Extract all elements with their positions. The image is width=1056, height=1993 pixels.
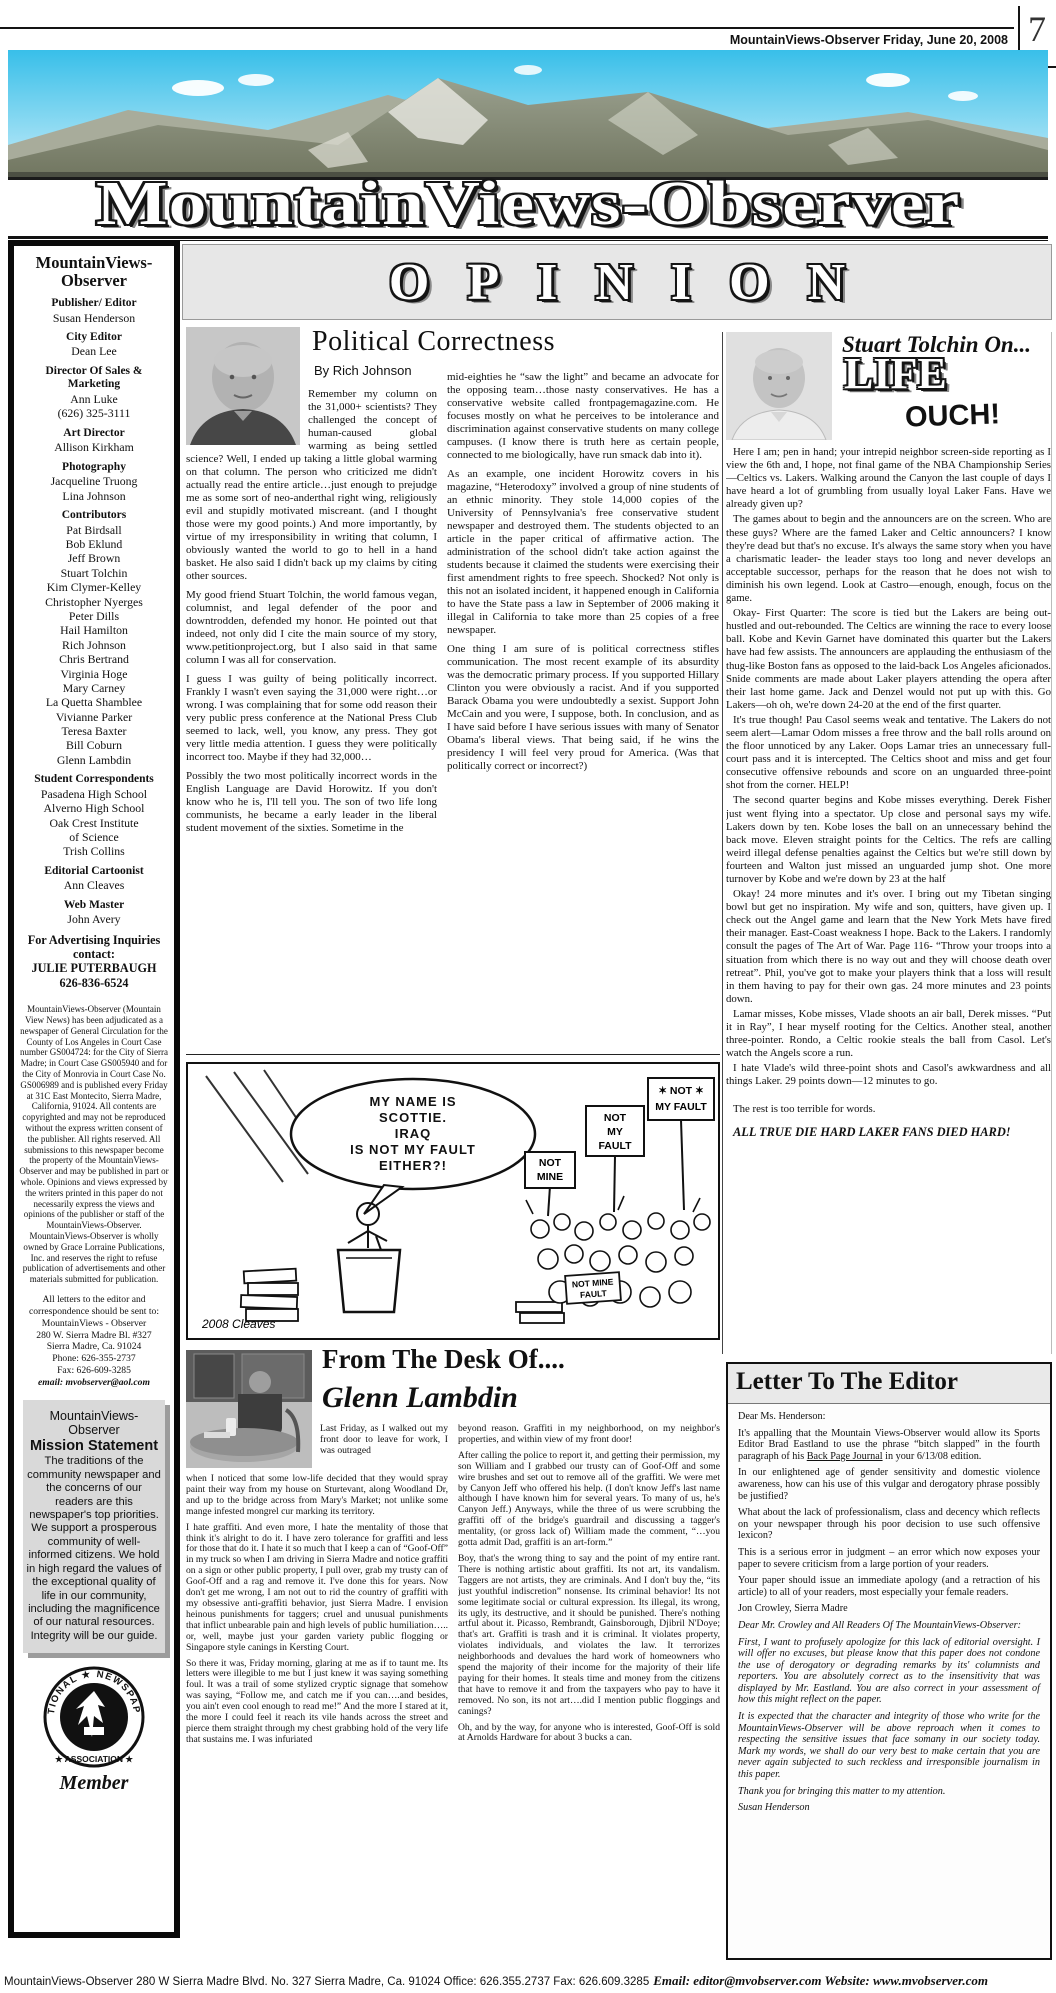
tolchin-closing-line: ALL TRUE DIE HARD LAKER FANS DIED HARD! (726, 1126, 1051, 1139)
tolchin-title-life: LIFE (844, 352, 947, 396)
mission-title: Mission Statement (26, 1438, 162, 1455)
nna-member-seal: NATIONAL ★ NEWSPAPER ★ ASSOCIATION ★ (19, 1665, 169, 1774)
letter-paragraph: This is a serious error in judgment – an… (738, 1547, 1040, 1570)
pc-paragraph: Possibly the two most politically incorr… (186, 770, 437, 835)
pc-article-column-1: Remember my column on the 31,000+ scient… (186, 388, 437, 1050)
cartoonist-signature: 2008 Cleaves (201, 1317, 275, 1331)
tolchin-paragraph: Lamar misses, Kobe misses, Vlade shoots … (726, 1008, 1051, 1060)
desk-paragraph: beyond reason. Graffiti in my neighborho… (458, 1424, 720, 1446)
masthead-panorama-image (8, 50, 1048, 180)
tolchin-paragraph: Here I am; pen in hand; your intrepid ne… (726, 446, 1051, 511)
tolchin-paragraph: The rest is too terrible for words. (726, 1103, 1051, 1116)
header-dateline: MountainViews-Observer Friday, June 20, … (730, 33, 1008, 47)
tolchin-title-ouch: OUCH! (904, 398, 1000, 434)
contact-email: email: mvobserver@aol.com (19, 1377, 169, 1389)
pc-article-column-2: mid-eighties he “saw the light” and beca… (447, 371, 719, 1049)
desk-paragraph: So there it was, Friday morning, glaring… (186, 1659, 448, 1746)
svg-text:NOT: NOT (604, 1112, 627, 1124)
editorial-cartoon: MY NAME IS SCOTTIE. IRAQ IS NOT MY FAULT… (186, 1062, 720, 1340)
role-student-correspondents: Student Correspondents Pasadena High Sch… (19, 773, 169, 859)
opinion-title: OPINION (351, 253, 883, 312)
pc-paragraph: One thing I am sure of is political corr… (447, 643, 719, 773)
tolchin-paragraph: Okay- First Quarter: The score is tied b… (726, 607, 1051, 712)
footer-contact: Email: editor@mvobserver.com Website: ww… (653, 1973, 988, 1988)
editor-reply: Dear Mr. Crowley and All Readers Of The … (738, 1620, 1040, 1814)
desk-article-author: Glenn Lambdin (322, 1381, 518, 1415)
svg-text:✶ NOT ✶: ✶ NOT ✶ (658, 1085, 704, 1097)
letter-paragraph: It's appalling that the Mountain Views-O… (738, 1428, 1040, 1463)
book-stack (241, 1269, 564, 1323)
svg-text:★ ASSOCIATION ★: ★ ASSOCIATION ★ (55, 1754, 134, 1764)
desk-paragraph: Oh, and by the way, for anyone who is in… (458, 1723, 720, 1745)
glenn-lambdin-photo (186, 1350, 312, 1468)
pc-article-byline: By Rich Johnson (314, 363, 412, 378)
tolchin-paragraph: I hate Vlade's wild three-point shots an… (726, 1062, 1051, 1088)
mission-statement-box: MountainViews- Observer Mission Statemen… (23, 1400, 165, 1653)
desk-paragraph: Boy, that's the wrong thing to say and t… (458, 1554, 720, 1718)
role-art-director: Art Director Allison Kirkham (19, 427, 169, 455)
back-page-journal-reference: Back Page Journal (807, 1451, 883, 1462)
letter-title: Letter To The Editor (728, 1364, 1050, 1404)
desk-paragraph: when I noticed that some low-life decide… (186, 1474, 448, 1518)
desk-paragraph: After calling the police to report it, a… (458, 1451, 720, 1549)
page-footer: MountainViews-Observer 280 W Sierra Madr… (4, 1972, 1054, 1990)
page-number: 7 (1020, 8, 1054, 50)
advertising-inquiries: For Advertising Inquiries contact: JULIE… (19, 933, 169, 992)
svg-text:FAULT: FAULT (598, 1140, 632, 1152)
letter-salutation: Dear Ms. Henderson: (738, 1411, 1040, 1423)
stuart-tolchin-photo (726, 332, 832, 440)
reply-salutation: Dear Mr. Crowley and All Readers Of The … (738, 1620, 1040, 1632)
pc-paragraph: My good friend Stuart Tolchin, the world… (186, 589, 437, 667)
svg-text:MY FAULT: MY FAULT (655, 1101, 707, 1113)
masthead-title: MountainViews-Observer (0, 176, 1056, 232)
role-publisher: Publisher/ Editor Susan Henderson (19, 297, 169, 325)
reply-paragraph: It is expected that the character and in… (738, 1711, 1040, 1781)
letter-paragraph: In our enlightened age of gender sensiti… (738, 1467, 1040, 1502)
role-editorial-cartoonist: Editorial Cartoonist Ann Cleaves (19, 865, 169, 893)
desk-article-column-2: beyond reason. Graffiti in my neighborho… (458, 1424, 720, 1960)
tolchin-paragraph: The second quarter begins and Kobe misse… (726, 794, 1051, 886)
sidebar-title: MountainViews- Observer (19, 254, 169, 291)
member-label: Member (19, 1772, 169, 1795)
tolchin-article-body: Here I am; pen in hand; your intrepid ne… (726, 446, 1051, 1352)
newspaper-page: MountainViews-Observer Friday, June 20, … (0, 0, 1056, 1993)
letter-signoff: Jon Crowley, Sierra Madre (738, 1603, 1040, 1615)
role-photography: Photography Jacqueline Truong Lina Johns… (19, 461, 169, 503)
desk-paragraph: I hate graffiti. And even more, I hate t… (186, 1523, 448, 1654)
opinion-section-banner: OPINION (182, 244, 1052, 320)
tolchin-paragraph: Okay! 24 more minutes and it's over. I b… (726, 888, 1051, 1006)
pc-article-title: Political Correctness (312, 326, 555, 358)
desk-article-column-1: when I noticed that some low-life decide… (186, 1474, 448, 1960)
letters-contact-block: All letters to the editor and correspond… (19, 1294, 169, 1389)
pc-paragraph: As an example, one incident Horowitz cov… (447, 468, 719, 637)
svg-text:IS NOT MY FAULT: IS NOT MY FAULT (350, 1142, 476, 1157)
letter-paragraph: Your paper should issue an immediate apo… (738, 1575, 1040, 1598)
desk-article-title: From The Desk Of.... (322, 1344, 565, 1375)
svg-text:NOT: NOT (539, 1157, 562, 1169)
letter-paragraph: What about the lack of professionalism, … (738, 1507, 1040, 1542)
legal-notice: MountainViews-Observer (Mountain View Ne… (19, 1004, 169, 1285)
role-contributors: Contributors Pat Birdsall Bob Eklund Jef… (19, 509, 169, 767)
role-sales-marketing: Director Of Sales & Marketing Ann Luke (… (19, 365, 169, 421)
staff-sidebar: MountainViews- Observer Publisher/ Edito… (8, 240, 180, 1938)
reply-signature: Susan Henderson (738, 1802, 1040, 1814)
mission-body: The traditions of the community newspape… (26, 1455, 162, 1643)
tolchin-paragraph: It's true though! Pau Casol seems weak a… (726, 714, 1051, 793)
pc-paragraph: mid-eighties he “saw the light” and beca… (447, 371, 719, 462)
svg-text:EITHER?!: EITHER?! (379, 1158, 447, 1173)
cartoon-top-rule (186, 1054, 720, 1055)
svg-text:IRAQ: IRAQ (395, 1126, 432, 1141)
footer-address: MountainViews-Observer 280 W Sierra Madr… (4, 1976, 649, 1988)
svg-text:MY: MY (607, 1126, 623, 1138)
column-divider (722, 332, 723, 1354)
reply-paragraph: Thank you for bringing this matter to my… (738, 1786, 1040, 1798)
header-rule (0, 27, 1014, 29)
svg-text:FAULT: FAULT (580, 1288, 608, 1300)
protest-signs: NOT MINE NOT MY FAULT ✶ NOT ✶ MY FAULT N… (525, 1078, 714, 1304)
tolchin-paragraph: The games about to begin and the announc… (726, 513, 1051, 605)
svg-text:MINE: MINE (537, 1171, 563, 1183)
letter-to-the-editor-box: Letter To The Editor Dear Ms. Henderson:… (726, 1362, 1052, 1960)
svg-text:MY NAME IS: MY NAME IS (369, 1094, 456, 1109)
reply-paragraph: First, I want to profusely apologize for… (738, 1637, 1040, 1707)
mission-heading: MountainViews- Observer (26, 1409, 162, 1438)
right-edge-rule (1051, 332, 1052, 1354)
role-web-master: Web Master John Avery (19, 899, 169, 927)
svg-text:SCOTTIE.: SCOTTIE. (379, 1110, 447, 1125)
pc-paragraph: I guess I was guilty of being politicall… (186, 673, 437, 764)
role-city-editor: City Editor Dean Lee (19, 331, 169, 359)
